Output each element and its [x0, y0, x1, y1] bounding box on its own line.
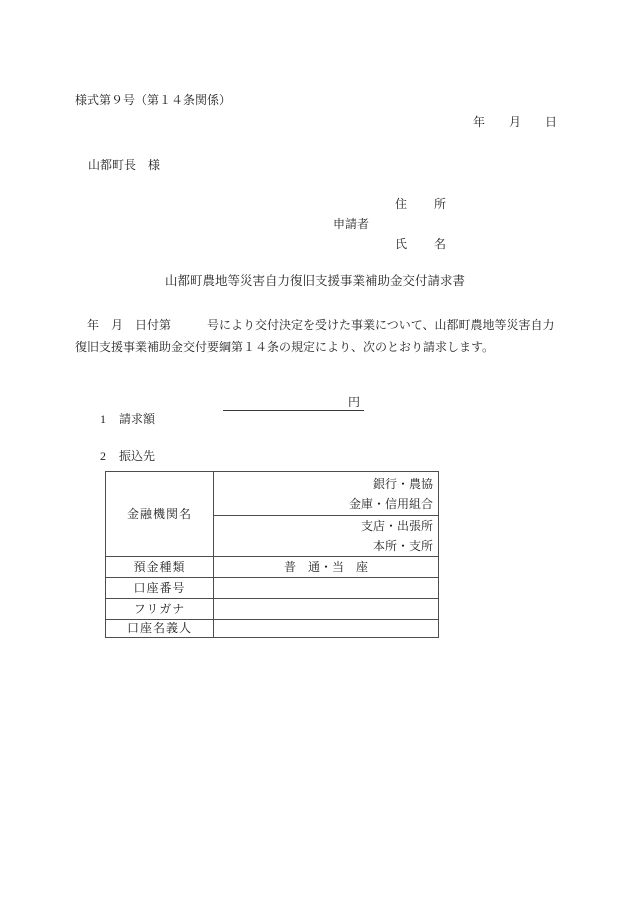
body-paragraph: 年 月 日付第 号により交付決定を受けた事業について、山都町農地等災害自力 復旧…	[75, 314, 555, 358]
item-claim-amount-label: 請求額	[119, 412, 155, 426]
furigana-label: フリガナ	[106, 599, 214, 620]
address-label: 住 所	[395, 197, 447, 212]
financial-institution-label: 金融機関名	[106, 472, 214, 557]
item-transfer-destination-label: 振込先	[119, 449, 155, 463]
document-title: 山都町農地等災害自力復旧支援事業補助金交付請求書	[0, 274, 630, 290]
deposit-type-value: 普 通・当 座	[214, 557, 439, 578]
item-claim-amount-number: 1	[100, 412, 106, 426]
applicant-label: 申請者	[333, 217, 369, 232]
deposit-type-label: 預金種類	[106, 557, 214, 578]
addressee: 山都町長 様	[88, 158, 160, 173]
form-number: 様式第９号（第１４条関係）	[75, 93, 231, 108]
claim-amount-unit: 円	[348, 395, 364, 409]
date-line: 年 月 日	[473, 115, 557, 130]
document-page: 様式第９号（第１４条関係） 年 月 日 山都町長 様 住 所 申請者 氏 名 山…	[0, 0, 630, 903]
account-holder-cell	[214, 620, 439, 638]
account-number-cell	[214, 578, 439, 599]
bank-type-cell: 銀行・農協 金庫・信用組合	[214, 472, 439, 516]
transfer-destination-table: 金融機関名 銀行・農協 金庫・信用組合 支店・出張所 本所・支所 預金種類 普 …	[105, 471, 439, 638]
branch-type-cell: 支店・出張所 本所・支所	[214, 516, 439, 557]
item-transfer-destination-number: 2	[100, 449, 106, 463]
account-holder-label: 口座名義人	[106, 620, 214, 638]
name-label: 氏 名	[395, 237, 447, 252]
account-number-label: 口座番号	[106, 578, 214, 599]
furigana-cell	[214, 599, 439, 620]
claim-amount-blank: 円	[223, 395, 364, 411]
